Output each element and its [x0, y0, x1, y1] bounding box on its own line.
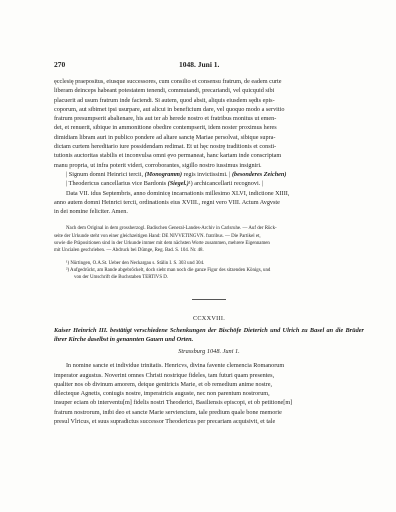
text-line: manu propria, ut infra poterit videri, c…	[54, 161, 364, 170]
text-line: ęcclesię praepositus, eiusque successore…	[54, 77, 364, 86]
section-divider	[192, 299, 226, 300]
footnote: ¹) Nürtingen, O.A.St. Ueber den Neckarga…	[54, 260, 364, 267]
document-summary: Kaiser Heinrich III. bestätigt verschied…	[54, 326, 364, 344]
monogram-mark: (Monogramm)	[145, 171, 182, 178]
page-header: 270 1048. Juni 1.	[54, 60, 364, 72]
page-number: 270	[54, 60, 65, 69]
text-line: placuerit ad usum fratrum inde faciendi.…	[54, 96, 364, 105]
running-title: 1048. Juni 1.	[179, 60, 219, 69]
special-mark: (besonderes Zeichen)	[232, 171, 286, 178]
document-number: CCXXVIII.	[54, 315, 364, 322]
dating-line: Data VII. idus Septembris, anno dominicę…	[54, 189, 364, 198]
text-line: dimidiam libram auri in publico pondere …	[54, 133, 364, 142]
chancellor-line: | Theodericus cancellarius vice Bardonis…	[54, 179, 364, 188]
text-line: insuper eciam ob interventu[m] fidelis n…	[54, 398, 364, 407]
text-line: fratrum nostrorum, inibi deo et sancte M…	[54, 408, 364, 417]
text-line: presul Vlricus, et suus supradictus succ…	[54, 417, 364, 426]
footnotes: ¹) Nürtingen, O.A.St. Ueber den Neckarga…	[54, 260, 364, 281]
text-line: coporum, aut sibimet ipsi usurpare, aut …	[54, 105, 364, 114]
place-date: Strassburg 1048. Juni 1.	[54, 348, 364, 355]
footnote: ²) Aufgedrückt, am Rande abgebröckelt, d…	[54, 267, 364, 274]
seal-mark: (Siegel.)	[168, 180, 189, 187]
document-page: 270 1048. Juni 1. ęcclesię praepositus, …	[54, 60, 364, 426]
dating-line: anno autem domni Heinrici tercii, ordina…	[54, 198, 364, 207]
text-line: dictam curtem hereditario iure possidend…	[54, 142, 364, 151]
dating-line: in dei nomine feliciter. Amen.	[54, 207, 364, 216]
signum-line: | Signum domni Heinrici tercii, (Monogra…	[54, 170, 364, 179]
text-line: In nomine sancte et individue trinitatis…	[54, 361, 364, 370]
footnote: von der Umschrift die Buchstaben TERTIVS…	[54, 274, 364, 281]
charter-text-2: In nomine sancte et individue trinitatis…	[54, 361, 364, 426]
text-line: tutionis auctoritas stabilis et inconvul…	[54, 151, 364, 160]
text-line: qualiter nos ob divinum amorem, deique g…	[54, 380, 364, 389]
text-line: fratrum presumpserit abalienare, his aut…	[54, 114, 364, 123]
text-line: imperator augustus. Noverint omnes Chris…	[54, 371, 364, 380]
text-line: det, et renuerit, sibique in ammonitione…	[54, 123, 364, 132]
source-note: Nach dem Original in dem grossherzogl. B…	[54, 225, 364, 254]
text-line: liberam deinceps habeant potestatem tene…	[54, 86, 364, 95]
charter-text: ęcclesię praepositus, eiusque successore…	[54, 77, 364, 216]
text-line: dilecteque Agnetis, coniugis nostre, imp…	[54, 389, 364, 398]
